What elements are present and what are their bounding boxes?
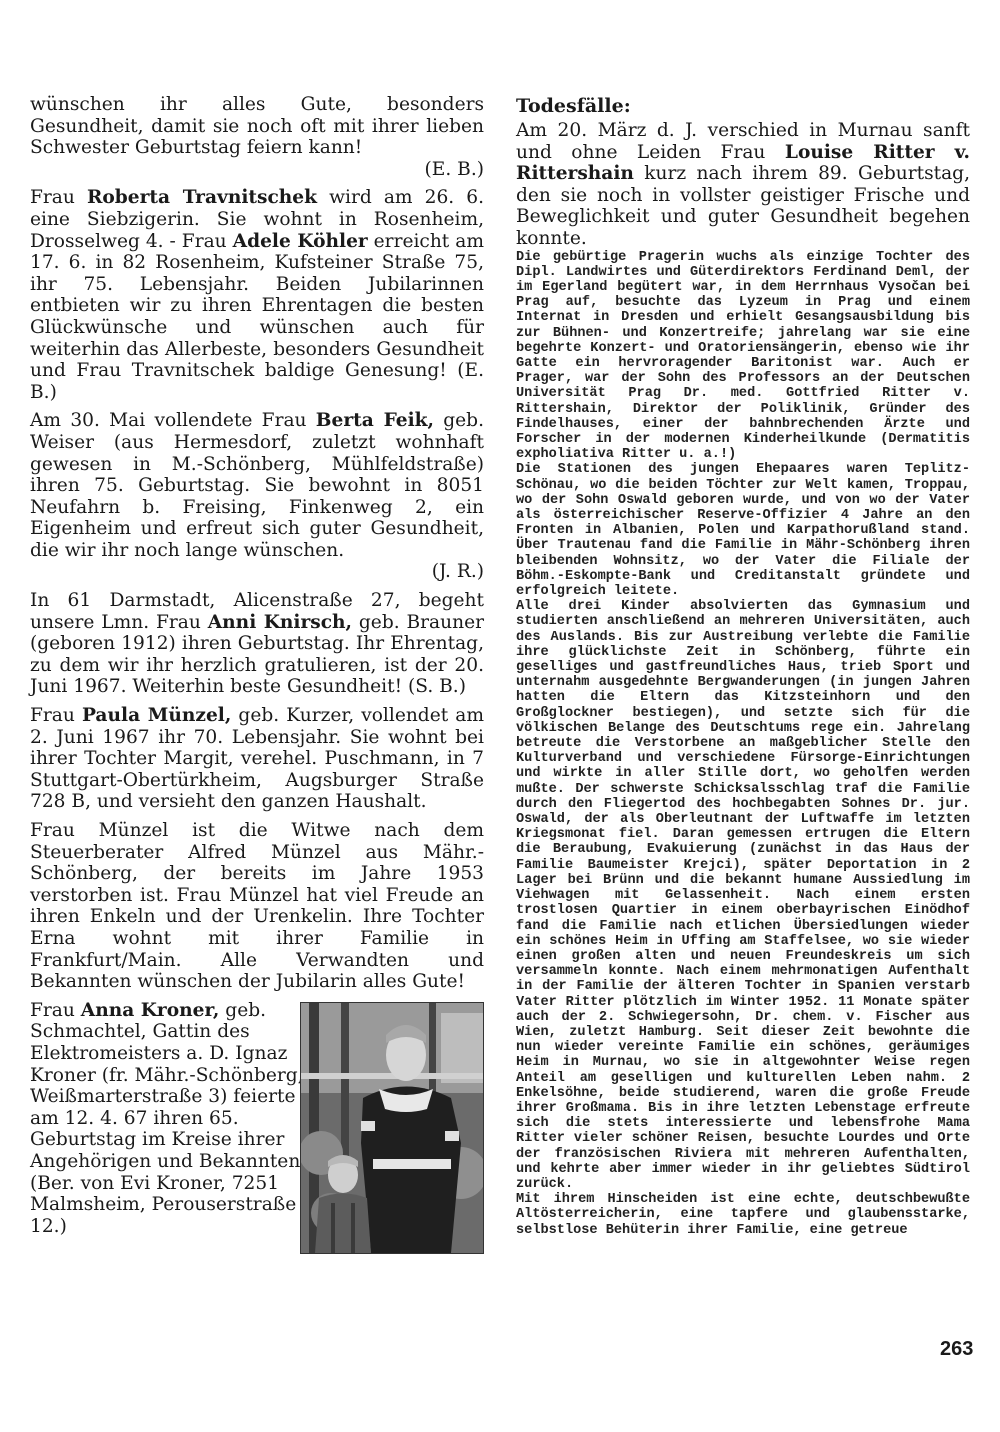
- obituary-lead: Am 20. März d. J. verschied in Murnau sa…: [516, 120, 970, 250]
- page-number: 263: [940, 1338, 973, 1361]
- kroner-section: Frau Anna Kroner, geb. Schmachtel, Gatti…: [30, 1000, 484, 1238]
- author-initials: (J. R.): [30, 561, 484, 583]
- obituary-paragraph: Die Stationen des jungen Ehepaares waren…: [516, 462, 970, 599]
- person-name: Anna Kroner,: [81, 1000, 220, 1021]
- person-name: Paula Münzel,: [82, 705, 231, 726]
- portrait-photo: [300, 1002, 484, 1254]
- person-name: Anni Knirsch,: [208, 612, 352, 633]
- birthday-note-continuation: wünschen ihr alles Gute, besonders Gesun…: [30, 94, 484, 159]
- birthday-note-knirsch: In 61 Darmstadt, Alicenstraße 27, begeht…: [30, 590, 484, 698]
- muenzel-family-note: Frau Münzel ist die Witwe nach dem Steue…: [30, 820, 484, 993]
- obituary-paragraph: Mit ihrem Hinscheiden ist eine echte, de…: [516, 1192, 970, 1238]
- birthday-note-kroner: Frau Anna Kroner, geb. Schmachtel, Gatti…: [30, 1000, 318, 1238]
- person-name: Adele Köhler: [233, 231, 368, 252]
- section-heading-deaths: Todesfälle:: [516, 94, 970, 118]
- left-column: wünschen ihr alles Gute, besonders Gesun…: [30, 94, 484, 1244]
- obituary-paragraph: Alle drei Kinder absolvierten das Gymnas…: [516, 599, 970, 1192]
- person-name: Berta Feik,: [316, 410, 434, 431]
- person-name: Roberta Travnitschek: [87, 187, 317, 208]
- birthday-note-muenzel: Frau Paula Münzel, geb. Kurzer, vollende…: [30, 705, 484, 813]
- photo-image: [301, 1003, 483, 1253]
- right-column: Todesfälle: Am 20. März d. J. verschied …: [516, 94, 970, 1238]
- obituary-paragraph: Die gebürtige Pragerin wuchs als einzige…: [516, 250, 970, 463]
- birthday-note-feik: Am 30. Mai vollendete Frau Berta Feik, g…: [30, 410, 484, 561]
- author-initials: (E. B.): [30, 159, 484, 181]
- birthday-note-travnitschek-koehler: Frau Roberta Travnitschek wird am 26. 6.…: [30, 187, 484, 403]
